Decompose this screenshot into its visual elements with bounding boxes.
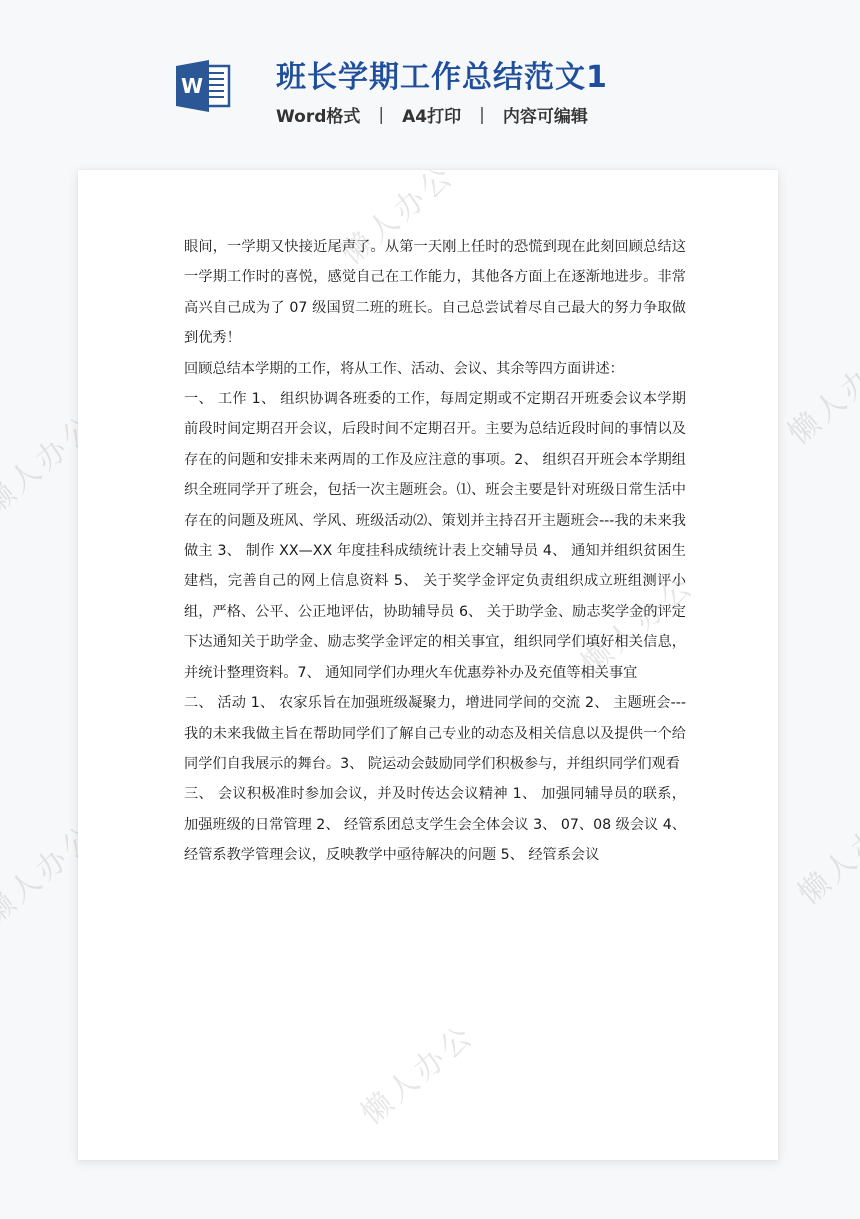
page-title: 班长学期工作总结范文1 bbox=[276, 52, 608, 96]
document-page: 懒人办公 懒人办公 懒人办公 眼间，一学期又快接近尾声了。从第一天刚上任时的恐慌… bbox=[78, 170, 778, 1160]
tag-a4-print: A4打印 bbox=[402, 102, 461, 127]
header: W 班长学期工作总结范文1 Word格式 | A4打印 | 内容可编辑 bbox=[0, 0, 860, 160]
watermark: 懒人办公 bbox=[787, 791, 860, 912]
watermark: 懒人办公 bbox=[350, 1011, 482, 1132]
svg-text:W: W bbox=[181, 74, 203, 98]
separator: | bbox=[378, 105, 384, 125]
word-document-icon: W bbox=[176, 60, 232, 112]
paragraph-activities: 二、 活动 1、 农家乐旨在加强班级凝聚力，增进同学间的交流 2、 主题班会--… bbox=[184, 688, 686, 779]
document-body: 眼间，一学期又快接近尾声了。从第一天刚上任时的恐慌到现在此刻回顾总结这一学期工作… bbox=[184, 232, 686, 871]
tag-editable: 内容可编辑 bbox=[503, 102, 588, 127]
watermark: 懒人办公 bbox=[777, 331, 860, 452]
separator: | bbox=[479, 105, 485, 125]
tag-word-format: Word格式 bbox=[276, 102, 360, 127]
paragraph-meetings: 三、 会议积极准时参加会议，并及时传达会议精神 1、 加强同辅导员的联系，加强班… bbox=[184, 779, 686, 870]
paragraph-intro: 眼间，一学期又快接近尾声了。从第一天刚上任时的恐慌到现在此刻回顾总结这一学期工作… bbox=[184, 232, 686, 354]
format-tags: Word格式 | A4打印 | 内容可编辑 bbox=[276, 102, 588, 127]
paragraph-work: 一、 工作 1、 组织协调各班委的工作，每周定期或不定期召开班委会议本学期前段时… bbox=[184, 384, 686, 688]
paragraph-overview: 回顾总结本学期的工作，将从工作、活动、会议、其余等四方面讲述： bbox=[184, 354, 686, 384]
